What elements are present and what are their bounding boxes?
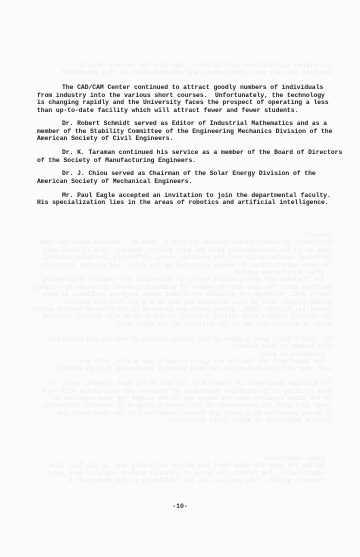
paragraph-eagle: Mr. Paul Eagle accepted an invitation to… [37,192,333,207]
text-line: American Society of Mechanical Engineers… [12,178,333,186]
paragraph-cad-cam-center: The CAD/CAM Center continued to attract … [37,84,333,114]
text-line: than up-to-date facility which will attr… [12,107,333,115]
bleed-through-text-middle: Research Enrollment in undergraduate cou… [32,232,332,450]
text-line: is changing rapidly and the University f… [12,99,333,107]
page-number: -10- [0,503,360,510]
document-body: The CAD/CAM Center continued to attract … [37,84,333,213]
text-line: American Society of Civil Engineers. [12,135,333,143]
text-line: of the Society of Manufacturing Engineer… [12,157,333,165]
text-line: The CAD/CAM Center continued to attract … [37,84,333,92]
paragraph-schmidt: Dr. Robert Schmidt served as Editor of I… [37,120,333,143]
text-line: His specialization lies in the areas of … [12,199,333,207]
text-line: Dr. Robert Schmidt served as Editor of I… [37,120,333,128]
bleed-through-text-bottom: Other remarkable During the year the dep… [32,455,332,485]
text-line: Mr. Paul Eagle accepted an invitation to… [37,192,333,200]
paragraph-taraman: Dr. K. Taraman continued his service as … [37,149,333,164]
paragraph-chiou: Dr. J. Chiou served as Chairman of the S… [37,170,333,185]
text-line: member of the Stability Committee of the… [12,128,333,136]
text-line: from industry into the various short cou… [12,92,333,100]
bleed-through-text-top: Circulated distributions with Director. … [32,62,332,74]
document-page: Circulated distributions with Director. … [0,0,360,557]
text-line: Dr. J. Chiou served as Chairman of the S… [37,170,333,178]
text-line: Dr. K. Taraman continued his service as … [37,149,333,157]
